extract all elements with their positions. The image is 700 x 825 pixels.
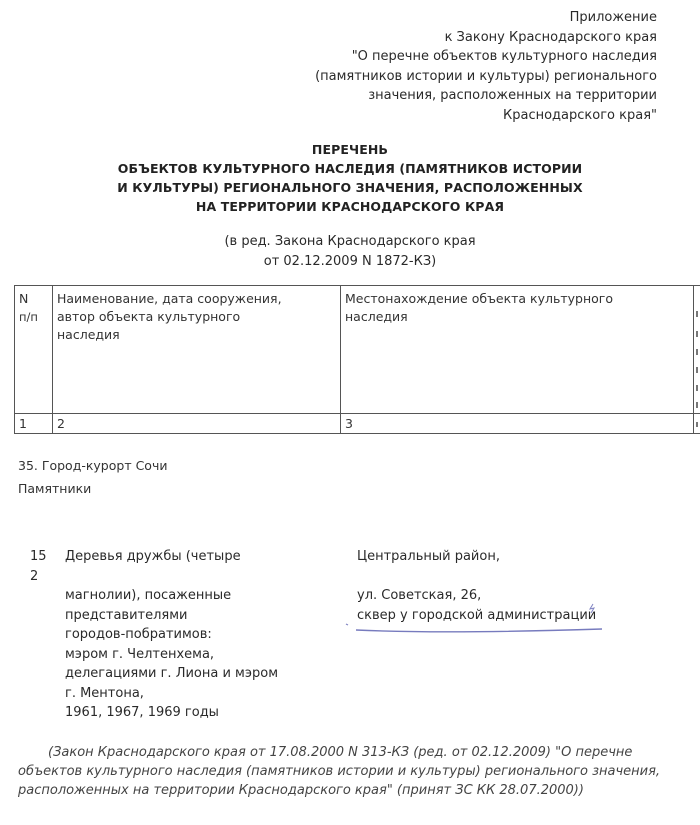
column-divider (693, 286, 694, 433)
law-reference-footnote: (Закон Краснодарского края от 17.08.2000… (18, 743, 688, 800)
cropped-text-fragment (696, 402, 698, 408)
title-line: И КУЛЬТУРЫ) РЕГИОНАЛЬНОГО ЗНАЧЕНИЯ, РАСП… (100, 178, 600, 197)
cropped-text-fragment (696, 311, 698, 317)
footnote-line: объектов культурного наследия (памятнико… (18, 762, 688, 781)
entry-name-line: городов-побратимов: (65, 625, 278, 645)
handwritten-underline-mark (340, 592, 610, 637)
cropped-text-fragment (696, 422, 698, 427)
title-line: ПЕРЕЧЕНЬ (100, 140, 600, 159)
entry-name-line: Деревья дружбы (четыре (65, 547, 278, 567)
header-name-line: автор объекта культурного (57, 308, 282, 326)
entry-name-line: магнолии), посаженные (65, 586, 278, 606)
header-location-line: наследия (345, 308, 613, 326)
appendix-line: "О перечне объектов культурного наследия (237, 47, 657, 67)
column-divider (340, 286, 341, 433)
entry-number-line: 15 (30, 547, 47, 567)
column-number-3: 3 (345, 415, 353, 433)
entry-name: Деревья дружбы (четыре магнолии), посаже… (65, 547, 278, 723)
footnote-line: (Закон Краснодарского края от 17.08.2000… (18, 743, 688, 762)
footnote-line: расположенных на территории Краснодарско… (18, 781, 688, 800)
appendix-line: Краснодарского края" (237, 106, 657, 126)
edition-line: (в ред. Закона Краснодарского края (150, 232, 550, 252)
header-name-line: Наименование, дата сооружения, (57, 290, 282, 308)
header-number-line: п/п (19, 308, 38, 326)
row-divider (15, 413, 700, 414)
section-city: 35. Город-курорт Сочи (18, 457, 167, 475)
header-number: N п/п (19, 290, 38, 326)
edition-line: от 02.12.2009 N 1872-КЗ) (150, 252, 550, 272)
header-location: Местонахождение объекта культурного насл… (345, 290, 613, 326)
entry-name-line: представителями (65, 606, 278, 626)
entry-name-line: делегациями г. Лиона и мэром (65, 664, 278, 684)
entry-name-line: мэром г. Челтенхема, (65, 645, 278, 665)
entry-location-line: Центральный район, (357, 547, 596, 567)
column-number-2: 2 (57, 415, 65, 433)
appendix-line: к Закону Краснодарского края (237, 28, 657, 48)
cropped-text-fragment (696, 367, 698, 373)
document-title: ПЕРЕЧЕНЬ ОБЪЕКТОВ КУЛЬТУРНОГО НАСЛЕДИЯ (… (100, 140, 600, 216)
appendix-line: Приложение (237, 8, 657, 28)
heritage-table-header: N п/п Наименование, дата сооружения, авт… (14, 285, 700, 434)
entry-name-line: г. Ментона, (65, 684, 278, 704)
appendix-line: значения, расположенных на территории (237, 86, 657, 106)
entry-name-line: 1961, 1967, 1969 годы (65, 703, 278, 723)
cropped-text-fragment (696, 349, 698, 355)
title-line: ОБЪЕКТОВ КУЛЬТУРНОГО НАСЛЕДИЯ (ПАМЯТНИКО… (100, 159, 600, 178)
entry-number-line: 2 (30, 567, 47, 587)
header-location-line: Местонахождение объекта культурного (345, 290, 613, 308)
cropped-text-fragment (696, 331, 698, 337)
cropped-text-fragment (696, 385, 698, 391)
header-number-line: N (19, 290, 38, 308)
title-line: НА ТЕРРИТОРИИ КРАСНОДАРСКОГО КРАЯ (100, 197, 600, 216)
column-divider (52, 286, 53, 433)
header-name: Наименование, дата сооружения, автор объ… (57, 290, 282, 344)
entry-number: 15 2 (30, 547, 47, 586)
appendix-line: (памятников истории и культуры) регионал… (237, 67, 657, 87)
edition-note: (в ред. Закона Краснодарского края от 02… (150, 232, 550, 271)
header-name-line: наследия (57, 326, 282, 344)
section-category: Памятники (18, 480, 91, 498)
appendix-header: Приложение к Закону Краснодарского края … (237, 8, 657, 125)
column-number-1: 1 (19, 415, 27, 433)
